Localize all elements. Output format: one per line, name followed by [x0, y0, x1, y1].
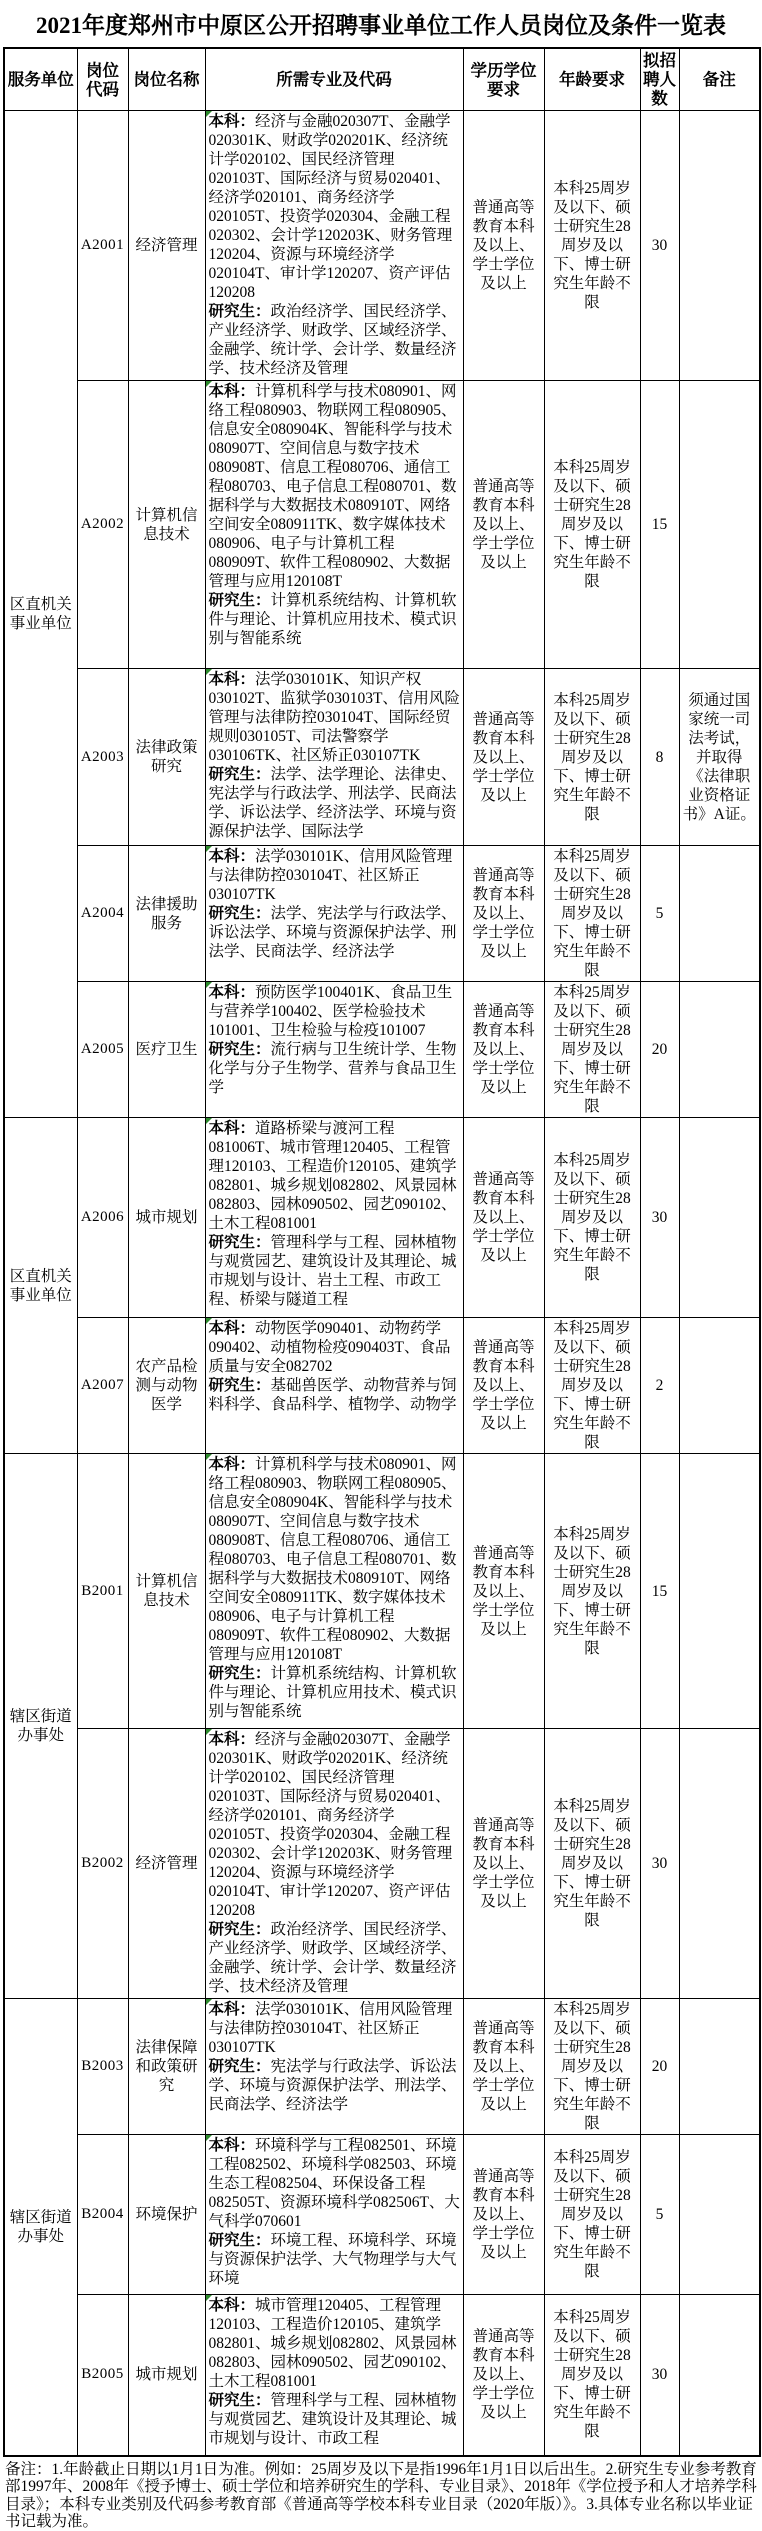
bachelor-majors: 本科：动物医学090401、动物药学090402、动植物检疫090403T、食品…	[209, 1319, 461, 1376]
majors-cell: 本科：经济与金融020307T、金融学020301K、财政学020201K、经济…	[205, 111, 463, 381]
remark-cell	[679, 982, 760, 1118]
age-cell: 本科25周岁及以下、硕士研究生28周岁及以下、博士研究生年龄不限	[544, 1454, 640, 1729]
graduate-majors: 研究生：政治经济学、国民经济学、产业经济学、财政学、区域经济学、金融学、统计学、…	[209, 302, 461, 378]
table-row: B2005城市规划本科：城市管理120405、工程管理120103、工程造价12…	[4, 2295, 760, 2456]
graduate-majors: 研究生：管理科学与工程、园林植物与观赏园艺、建筑设计及其理论、城市规划与设计、岩…	[209, 1233, 461, 1309]
age-cell: 本科25周岁及以下、硕士研究生28周岁及以下、博士研究生年龄不限	[544, 1318, 640, 1454]
remark-cell: 须通过国家统一司法考试，并取得《法律职业资格证书》A证。	[679, 669, 760, 846]
headcount-cell: 20	[640, 982, 679, 1118]
age-cell: 本科25周岁及以下、硕士研究生28周岁及以下、博士研究生年龄不限	[544, 669, 640, 846]
position-code-cell: A2007	[77, 1318, 128, 1454]
column-header-headcount: 拟招聘人数	[640, 48, 679, 111]
table-row: B2002经济管理本科：经济与金融020307T、金融学020301K、财政学0…	[4, 1729, 760, 1999]
bachelor-majors: 本科：道路桥梁与渡河工程081006T、城市管理120405、工程管理12010…	[209, 1119, 461, 1233]
remark-cell	[679, 1999, 760, 2135]
bachelor-majors: 本科：城市管理120405、工程管理120103、工程造价120105、建筑学0…	[209, 2296, 461, 2391]
remark-cell	[679, 381, 760, 669]
bachelor-majors: 本科：法学030101K、知识产权030102T、监狱学030103T、信用风险…	[209, 670, 461, 765]
majors-cell: 本科：道路桥梁与渡河工程081006T、城市管理120405、工程管理12010…	[205, 1118, 463, 1318]
headcount-cell: 15	[640, 381, 679, 669]
position-code-cell: B2002	[77, 1729, 128, 1999]
bachelor-majors: 本科：经济与金融020307T、金融学020301K、财政学020201K、经济…	[209, 1730, 461, 1920]
table-row: A2007农产品检测与动物医学本科：动物医学090401、动物药学090402、…	[4, 1318, 760, 1454]
remark-cell	[679, 111, 760, 381]
education-cell: 普通高等教育本科及以上、学士学位及以上	[463, 1729, 544, 1999]
table-row: A2003法律政策研究本科：法学030101K、知识产权030102T、监狱学0…	[4, 669, 760, 846]
education-cell: 普通高等教育本科及以上、学士学位及以上	[463, 2295, 544, 2456]
bachelor-majors: 本科：计算机科学与技术080901、网络工程080903、物联网工程080905…	[209, 382, 461, 591]
education-cell: 普通高等教育本科及以上、学士学位及以上	[463, 1454, 544, 1729]
education-cell: 普通高等教育本科及以上、学士学位及以上	[463, 1118, 544, 1318]
table-row: 区直机关事业单位A2001经济管理本科：经济与金融020307T、金融学0203…	[4, 111, 760, 381]
age-cell: 本科25周岁及以下、硕士研究生28周岁及以下、博士研究生年龄不限	[544, 2135, 640, 2295]
table-row: 辖区街道办事处B2003法律保障和政策研究本科：法学030101K、信用风险管理…	[4, 1999, 760, 2135]
age-cell: 本科25周岁及以下、硕士研究生28周岁及以下、博士研究生年龄不限	[544, 982, 640, 1118]
headcount-cell: 30	[640, 1729, 679, 1999]
column-header-age: 年龄要求	[544, 48, 640, 111]
position-name-cell: 农产品检测与动物医学	[128, 1318, 205, 1454]
graduate-majors: 研究生：法学、宪法学与行政法学、诉讼法学、环境与资源保护法学、刑法学、民商法学、…	[209, 904, 461, 961]
education-cell: 普通高等教育本科及以上、学士学位及以上	[463, 846, 544, 982]
age-cell: 本科25周岁及以下、硕士研究生28周岁及以下、博士研究生年龄不限	[544, 2295, 640, 2456]
majors-cell: 本科：经济与金融020307T、金融学020301K、财政学020201K、经济…	[205, 1729, 463, 1999]
column-header-education: 学历学位要求	[463, 48, 544, 111]
excel-flag-icon	[206, 2295, 212, 2301]
headcount-cell: 5	[640, 2135, 679, 2295]
headcount-cell: 30	[640, 1118, 679, 1318]
bachelor-majors: 本科：计算机科学与技术080901、网络工程080903、物联网工程080905…	[209, 1455, 461, 1664]
remark-cell	[679, 2295, 760, 2456]
graduate-majors: 研究生：计算机系统结构、计算机软件与理论、计算机应用技术、模式识别与智能系统	[209, 1664, 461, 1721]
graduate-majors: 研究生：法学、法学理论、法律史、宪法学与行政法学、刑法学、民商法学、诉讼法学、经…	[209, 765, 461, 841]
page-title: 2021年度郑州市中原区公开招聘事业单位工作人员岗位及条件一览表	[3, 5, 759, 47]
position-name-cell: 城市规划	[128, 1118, 205, 1318]
excel-flag-icon	[206, 1118, 212, 1124]
remark-cell	[679, 846, 760, 982]
header-row: 服务单位岗位代码岗位名称所需专业及代码学历学位要求年龄要求拟招聘人数备注	[4, 48, 760, 111]
excel-flag-icon	[206, 982, 212, 988]
headcount-cell: 8	[640, 669, 679, 846]
education-cell: 普通高等教育本科及以上、学士学位及以上	[463, 1999, 544, 2135]
position-code-cell: B2001	[77, 1454, 128, 1729]
column-header-position-code: 岗位代码	[77, 48, 128, 111]
graduate-majors: 研究生：环境工程、环境科学、环境与资源保护法学、大气物理学与大气环境	[209, 2231, 461, 2288]
excel-flag-icon	[206, 846, 212, 852]
position-code-cell: B2003	[77, 1999, 128, 2135]
position-code-cell: A2005	[77, 982, 128, 1118]
headcount-cell: 2	[640, 1318, 679, 1454]
excel-flag-icon	[206, 111, 212, 117]
excel-flag-icon	[206, 1729, 212, 1735]
remark-cell	[679, 2135, 760, 2295]
remark-cell	[679, 1118, 760, 1318]
excel-flag-icon	[206, 1999, 212, 2005]
table-row: A2004法律援助服务本科：法学030101K、信用风险管理与法律防控03010…	[4, 846, 760, 982]
majors-cell: 本科：预防医学100401K、食品卫生与营养学100402、医学检验技术1010…	[205, 982, 463, 1118]
column-header-majors: 所需专业及代码	[205, 48, 463, 111]
majors-cell: 本科：动物医学090401、动物药学090402、动植物检疫090403T、食品…	[205, 1318, 463, 1454]
position-name-cell: 法律保障和政策研究	[128, 1999, 205, 2135]
majors-cell: 本科：法学030101K、信用风险管理与法律防控030104T、社区矫正0301…	[205, 1999, 463, 2135]
excel-flag-icon	[206, 669, 212, 675]
age-cell: 本科25周岁及以下、硕士研究生28周岁及以下、博士研究生年龄不限	[544, 846, 640, 982]
headcount-cell: 30	[640, 111, 679, 381]
position-name-cell: 城市规划	[128, 2295, 205, 2456]
bachelor-majors: 本科：预防医学100401K、食品卫生与营养学100402、医学检验技术1010…	[209, 983, 461, 1040]
excel-flag-icon	[206, 1454, 212, 1460]
education-cell: 普通高等教育本科及以上、学士学位及以上	[463, 111, 544, 381]
positions-table: 服务单位岗位代码岗位名称所需专业及代码学历学位要求年龄要求拟招聘人数备注 区直机…	[3, 47, 761, 2457]
position-name-cell: 医疗卫生	[128, 982, 205, 1118]
remark-cell	[679, 1454, 760, 1729]
bachelor-majors: 本科：经济与金融020307T、金融学020301K、财政学020201K、经济…	[209, 112, 461, 302]
column-header-service-unit: 服务单位	[4, 48, 77, 111]
footer-note: 备注：1.年龄截止日期以1月1日为准。例如：25周岁及以下是指1996年1月1日…	[3, 2457, 759, 2531]
excel-flag-icon	[206, 2135, 212, 2141]
graduate-majors: 研究生：政治经济学、国民经济学、产业经济学、财政学、区域经济学、金融学、统计学、…	[209, 1920, 461, 1996]
headcount-cell: 30	[640, 2295, 679, 2456]
position-name-cell: 经济管理	[128, 1729, 205, 1999]
graduate-majors: 研究生：宪法学与行政法学、诉讼法学、环境与资源保护法学、刑法学、民商法学、经济法…	[209, 2057, 461, 2114]
unit-cell: 辖区街道办事处	[4, 1999, 77, 2456]
position-name-cell: 法律政策研究	[128, 669, 205, 846]
age-cell: 本科25周岁及以下、硕士研究生28周岁及以下、博士研究生年龄不限	[544, 381, 640, 669]
bachelor-majors: 本科：法学030101K、信用风险管理与法律防控030104T、社区矫正0301…	[209, 2000, 461, 2057]
headcount-cell: 5	[640, 846, 679, 982]
education-cell: 普通高等教育本科及以上、学士学位及以上	[463, 669, 544, 846]
position-code-cell: A2004	[77, 846, 128, 982]
table-row: 区直机关事业单位A2006城市规划本科：道路桥梁与渡河工程081006T、城市管…	[4, 1118, 760, 1318]
age-cell: 本科25周岁及以下、硕士研究生28周岁及以下、博士研究生年龄不限	[544, 111, 640, 381]
unit-cell: 区直机关事业单位	[4, 1118, 77, 1454]
education-cell: 普通高等教育本科及以上、学士学位及以上	[463, 1318, 544, 1454]
age-cell: 本科25周岁及以下、硕士研究生28周岁及以下、博士研究生年龄不限	[544, 1729, 640, 1999]
position-code-cell: B2004	[77, 2135, 128, 2295]
position-name-cell: 环境保护	[128, 2135, 205, 2295]
table-row: A2005医疗卫生本科：预防医学100401K、食品卫生与营养学100402、医…	[4, 982, 760, 1118]
column-header-position-name: 岗位名称	[128, 48, 205, 111]
unit-cell: 辖区街道办事处	[4, 1454, 77, 1999]
majors-cell: 本科：法学030101K、知识产权030102T、监狱学030103T、信用风险…	[205, 669, 463, 846]
graduate-majors: 研究生：管理科学与工程、园林植物与观赏园艺、建筑设计及其理论、城市规划与设计、市…	[209, 2391, 461, 2448]
table-row: B2004环境保护本科：环境科学与工程082501、环境工程082502、环境科…	[4, 2135, 760, 2295]
position-code-cell: A2002	[77, 381, 128, 669]
education-cell: 普通高等教育本科及以上、学士学位及以上	[463, 2135, 544, 2295]
headcount-cell: 15	[640, 1454, 679, 1729]
position-code-cell: A2006	[77, 1118, 128, 1318]
education-cell: 普通高等教育本科及以上、学士学位及以上	[463, 982, 544, 1118]
document-page: 2021年度郑州市中原区公开招聘事业单位工作人员岗位及条件一览表 服务单位岗位代…	[0, 0, 762, 2531]
bachelor-majors: 本科：环境科学与工程082501、环境工程082502、环境科学082503、环…	[209, 2136, 461, 2231]
majors-cell: 本科：环境科学与工程082501、环境工程082502、环境科学082503、环…	[205, 2135, 463, 2295]
table-row: A2002计算机信息技术本科：计算机科学与技术080901、网络工程080903…	[4, 381, 760, 669]
age-cell: 本科25周岁及以下、硕士研究生28周岁及以下、博士研究生年龄不限	[544, 1999, 640, 2135]
position-code-cell: A2001	[77, 111, 128, 381]
position-name-cell: 计算机信息技术	[128, 381, 205, 669]
education-cell: 普通高等教育本科及以上、学士学位及以上	[463, 381, 544, 669]
excel-flag-icon	[206, 1318, 212, 1324]
column-header-remark: 备注	[679, 48, 760, 111]
graduate-majors: 研究生：流行病与卫生统计学、生物化学与分子生物学、营养与食品卫生学	[209, 1040, 461, 1097]
position-name-cell: 法律援助服务	[128, 846, 205, 982]
majors-cell: 本科：法学030101K、信用风险管理与法律防控030104T、社区矫正0301…	[205, 846, 463, 982]
graduate-majors: 研究生：计算机系统结构、计算机软件与理论、计算机应用技术、模式识别与智能系统	[209, 591, 461, 648]
bachelor-majors: 本科：法学030101K、信用风险管理与法律防控030104T、社区矫正0301…	[209, 847, 461, 904]
excel-flag-icon	[206, 381, 212, 387]
unit-cell: 区直机关事业单位	[4, 111, 77, 1118]
position-name-cell: 计算机信息技术	[128, 1454, 205, 1729]
age-cell: 本科25周岁及以下、硕士研究生28周岁及以下、博士研究生年龄不限	[544, 1118, 640, 1318]
remark-cell	[679, 1729, 760, 1999]
majors-cell: 本科：城市管理120405、工程管理120103、工程造价120105、建筑学0…	[205, 2295, 463, 2456]
majors-cell: 本科：计算机科学与技术080901、网络工程080903、物联网工程080905…	[205, 1454, 463, 1729]
position-code-cell: B2005	[77, 2295, 128, 2456]
position-name-cell: 经济管理	[128, 111, 205, 381]
headcount-cell: 20	[640, 1999, 679, 2135]
majors-cell: 本科：计算机科学与技术080901、网络工程080903、物联网工程080905…	[205, 381, 463, 669]
graduate-majors: 研究生：基础兽医学、动物营养与饲料科学、食品科学、植物学、动物学	[209, 1376, 461, 1414]
remark-cell	[679, 1318, 760, 1454]
table-row: 辖区街道办事处B2001计算机信息技术本科：计算机科学与技术080901、网络工…	[4, 1454, 760, 1729]
position-code-cell: A2003	[77, 669, 128, 846]
